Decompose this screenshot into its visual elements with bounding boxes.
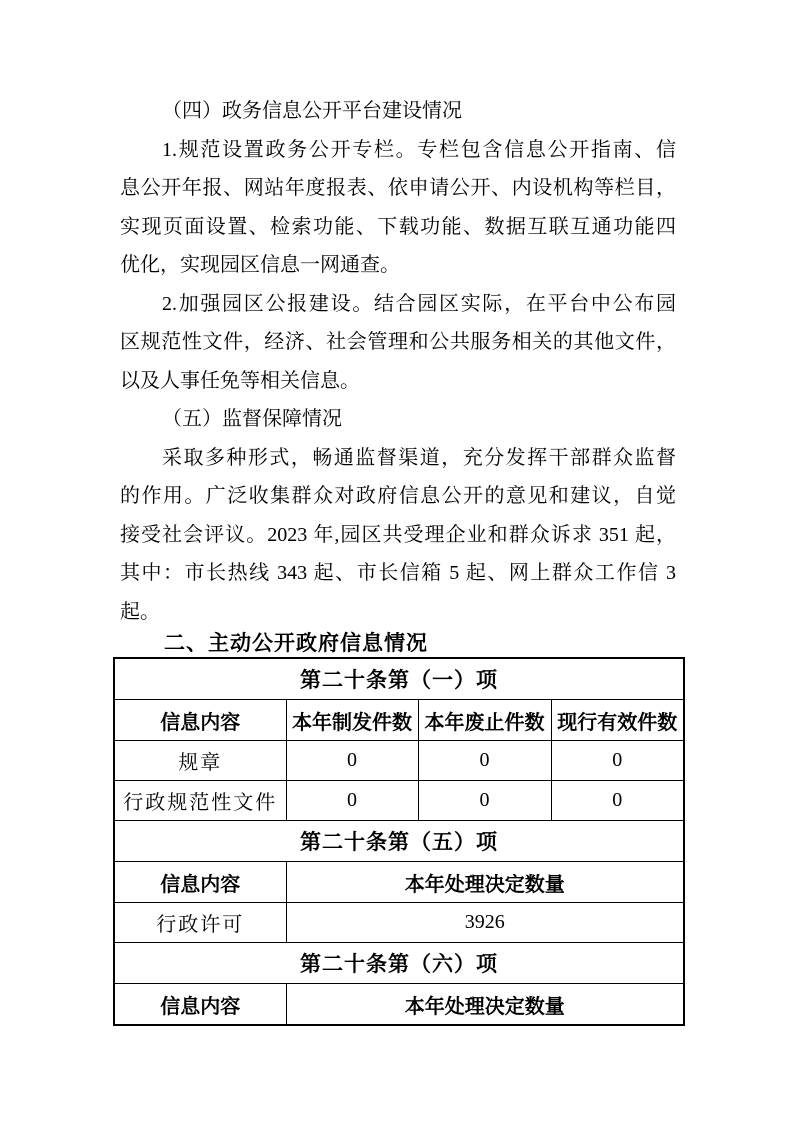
table-title: 第二十条第（五）项 xyxy=(114,821,684,862)
table-title-row-item1: 第二十条第（一）项 xyxy=(114,658,684,700)
header-cell: 本年废止件数 xyxy=(418,700,551,741)
section5-heading: （五）监督保障情况 xyxy=(120,400,676,439)
header-cell: 信息内容 xyxy=(114,984,286,1026)
body-line: 采取多种形式，畅通监督渠道，充分发挥干部群众监督 xyxy=(120,439,676,478)
body-line: 以及人事任免等相关信息。 xyxy=(120,362,676,401)
paragraph-supervision: 采取多种形式，畅通监督渠道，充分发挥干部群众监督 的作用。广泛收集群众对政府信息… xyxy=(120,439,676,632)
table-header-row-item1: 信息内容 本年制发件数 本年废止件数 现行有效件数 xyxy=(114,700,684,741)
header-cell: 本年处理决定数量 xyxy=(286,984,684,1026)
body-line: 2.加强园区公报建设。结合园区实际，在平台中公布园 xyxy=(120,285,676,324)
paragraph-platform-column: 1.规范设置政务公开专栏。专栏包含信息公开指南、信 息公开年报、网站年度报表、依… xyxy=(120,131,676,285)
disclosure-table-wrap: 第二十条第（一）项 信息内容 本年制发件数 本年废止件数 现行有效件数 规章 0… xyxy=(113,657,683,1026)
header-cell: 现行有效件数 xyxy=(551,700,684,741)
table-row-admin-licensing: 行政许可 3926 xyxy=(114,903,684,943)
row-label: 规章 xyxy=(114,741,286,781)
table-title: 第二十条第（六）项 xyxy=(114,943,684,984)
body-line: 区规范性文件，经济、社会管理和公共服务相关的其他文件， xyxy=(120,323,676,362)
paragraph-gazette: 2.加强园区公报建设。结合园区实际，在平台中公布园 区规范性文件，经济、社会管理… xyxy=(120,285,676,401)
table-header-row-item5: 信息内容 本年处理决定数量 xyxy=(114,862,684,903)
body-line: 的作用。广泛收集群众对政府信息公开的意见和建议，自觉 xyxy=(120,477,676,516)
data-cell: 0 xyxy=(286,781,418,821)
data-cell: 0 xyxy=(551,741,684,781)
header-cell: 信息内容 xyxy=(114,700,286,741)
body-line: 起。 xyxy=(120,593,676,632)
section4-heading: （四）政务信息公开平台建设情况 xyxy=(120,92,676,131)
data-cell: 3926 xyxy=(286,903,684,943)
data-cell: 0 xyxy=(551,781,684,821)
header-cell: 本年处理决定数量 xyxy=(286,862,684,903)
header-cell: 本年制发件数 xyxy=(286,700,418,741)
table-row-normative-documents: 行政规范性文件 0 0 0 xyxy=(114,781,684,821)
body-line: 实现页面设置、检索功能、下载功能、数据互联互通功能四 xyxy=(120,208,676,247)
row-label: 行政许可 xyxy=(114,903,286,943)
document-content: （四）政务信息公开平台建设情况 1.规范设置政务公开专栏。专栏包含信息公开指南、… xyxy=(120,92,676,1026)
section2-main-heading: 二、主动公开政府信息情况 xyxy=(120,631,676,657)
body-line: 接受社会评议。2023 年,园区共受理企业和群众诉求 351 起， xyxy=(120,516,676,555)
table-row-regulations: 规章 0 0 0 xyxy=(114,741,684,781)
body-line: 其中：市长热线 343 起、市长信箱 5 起、网上群众工作信 3 xyxy=(120,554,676,593)
body-line: 息公开年报、网站年度报表、依申请公开、内设机构等栏目， xyxy=(120,169,676,208)
table-header-row-item6: 信息内容 本年处理决定数量 xyxy=(114,984,684,1026)
data-cell: 0 xyxy=(418,781,551,821)
body-line: 1.规范设置政务公开专栏。专栏包含信息公开指南、信 xyxy=(120,131,676,170)
table-title: 第二十条第（一）项 xyxy=(114,658,684,700)
data-cell: 0 xyxy=(286,741,418,781)
header-cell: 信息内容 xyxy=(114,862,286,903)
disclosure-table: 第二十条第（一）项 信息内容 本年制发件数 本年废止件数 现行有效件数 规章 0… xyxy=(113,657,685,1026)
body-line: 优化，实现园区信息一网通查。 xyxy=(120,246,676,285)
table-title-row-item6: 第二十条第（六）项 xyxy=(114,943,684,984)
data-cell: 0 xyxy=(418,741,551,781)
document-page: （四）政务信息公开平台建设情况 1.规范设置政务公开专栏。专栏包含信息公开指南、… xyxy=(0,0,793,1122)
table-title-row-item5: 第二十条第（五）项 xyxy=(114,821,684,862)
row-label: 行政规范性文件 xyxy=(114,781,286,821)
